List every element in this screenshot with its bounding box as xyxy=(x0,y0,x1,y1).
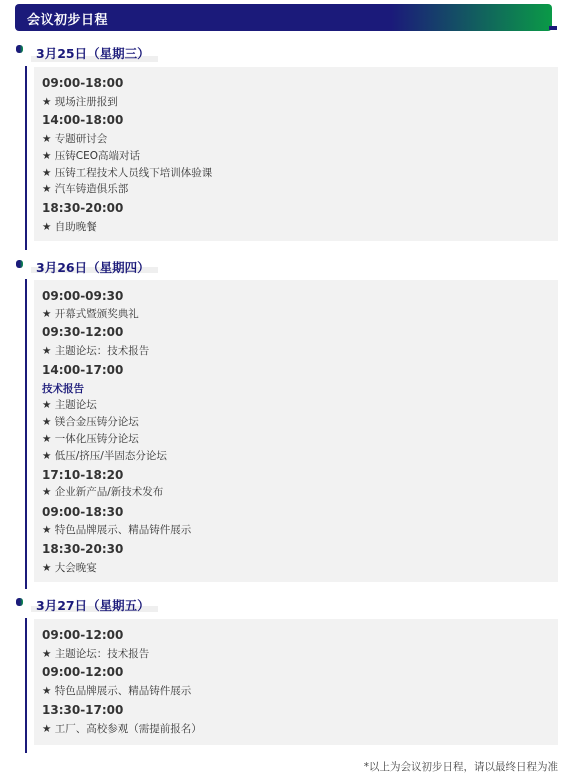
slot-item: ★ 压铸工程技术人员线下培训体验课 xyxy=(42,165,212,180)
day-title: 3月25日（星期三） xyxy=(36,44,150,62)
slot-item: ★ 大会晚宴 xyxy=(42,560,97,575)
slot-time: 09:00-12:00 xyxy=(42,665,123,679)
slot-item: ★ 特色品牌展示、精品铸件展示 xyxy=(42,522,191,537)
slot-item: ★ 专题研讨会 xyxy=(42,131,107,146)
slot-item: ★ 一体化压铸分论坛 xyxy=(42,431,139,446)
slot-time: 09:00-12:00 xyxy=(42,628,123,642)
slot-time: 18:30-20:30 xyxy=(42,542,123,556)
day-title: 3月27日（星期五） xyxy=(36,596,150,614)
slot-time: 14:00-18:00 xyxy=(42,113,123,127)
slot-item: ★ 主题论坛 xyxy=(42,397,97,412)
slot-item: ★ 工厂、高校参观（需提前报名） xyxy=(42,721,202,736)
bullet-dot-icon xyxy=(16,598,23,606)
day-card: 09:00-09:30 ★ 开幕式暨颁奖典礼 09:30-12:00 ★ 主题论… xyxy=(34,280,558,582)
slot-item: ★ 主题论坛：技术报告 xyxy=(42,343,149,358)
timeline-line xyxy=(25,66,27,250)
bullet-dot-icon xyxy=(16,45,23,53)
header-accent-bar xyxy=(549,26,557,30)
slot-item: ★ 镁合金压铸分论坛 xyxy=(42,414,139,429)
slot-time: 18:30-20:00 xyxy=(42,201,123,215)
slot-item: ★ 现场注册报到 xyxy=(42,94,118,109)
day-title: 3月26日（星期四） xyxy=(36,258,150,276)
slot-time: 09:00-18:30 xyxy=(42,505,123,519)
slot-time: 09:30-12:00 xyxy=(42,325,123,339)
slot-item: ★ 特色品牌展示、精品铸件展示 xyxy=(42,683,191,698)
slot-item: ★ 低压/挤压/半固态分论坛 xyxy=(42,448,167,463)
timeline-line xyxy=(25,618,27,753)
footnote: *以上为会议初步日程，请以最终日程为准 xyxy=(364,759,558,774)
timeline-line xyxy=(25,279,27,589)
slot-time: 09:00-18:00 xyxy=(42,76,123,90)
day-card: 09:00-12:00 ★ 主题论坛：技术报告 09:00-12:00 ★ 特色… xyxy=(34,619,558,745)
slot-item: ★ 自助晚餐 xyxy=(42,219,97,234)
slot-item: ★ 开幕式暨颁奖典礼 xyxy=(42,306,139,321)
slot-item: ★ 汽车铸造俱乐部 xyxy=(42,181,128,196)
day-card: 09:00-18:00 ★ 现场注册报到 14:00-18:00 ★ 专题研讨会… xyxy=(34,67,558,241)
bullet-dot-icon xyxy=(16,260,23,268)
slot-item: ★ 主题论坛：技术报告 xyxy=(42,646,149,661)
schedule-header: 会议初步日程 xyxy=(15,4,552,31)
slot-item: ★ 压铸CEO高端对话 xyxy=(42,148,140,163)
slot-time: 17:10-18:20 xyxy=(42,468,123,482)
slot-item: ★ 企业新产品/新技术发布 xyxy=(42,484,163,499)
slot-subtitle: 技术报告 xyxy=(42,381,84,396)
slot-time: 13:30-17:00 xyxy=(42,703,123,717)
slot-time: 09:00-09:30 xyxy=(42,289,123,303)
schedule-title: 会议初步日程 xyxy=(27,9,108,28)
slot-time: 14:00-17:00 xyxy=(42,363,123,377)
